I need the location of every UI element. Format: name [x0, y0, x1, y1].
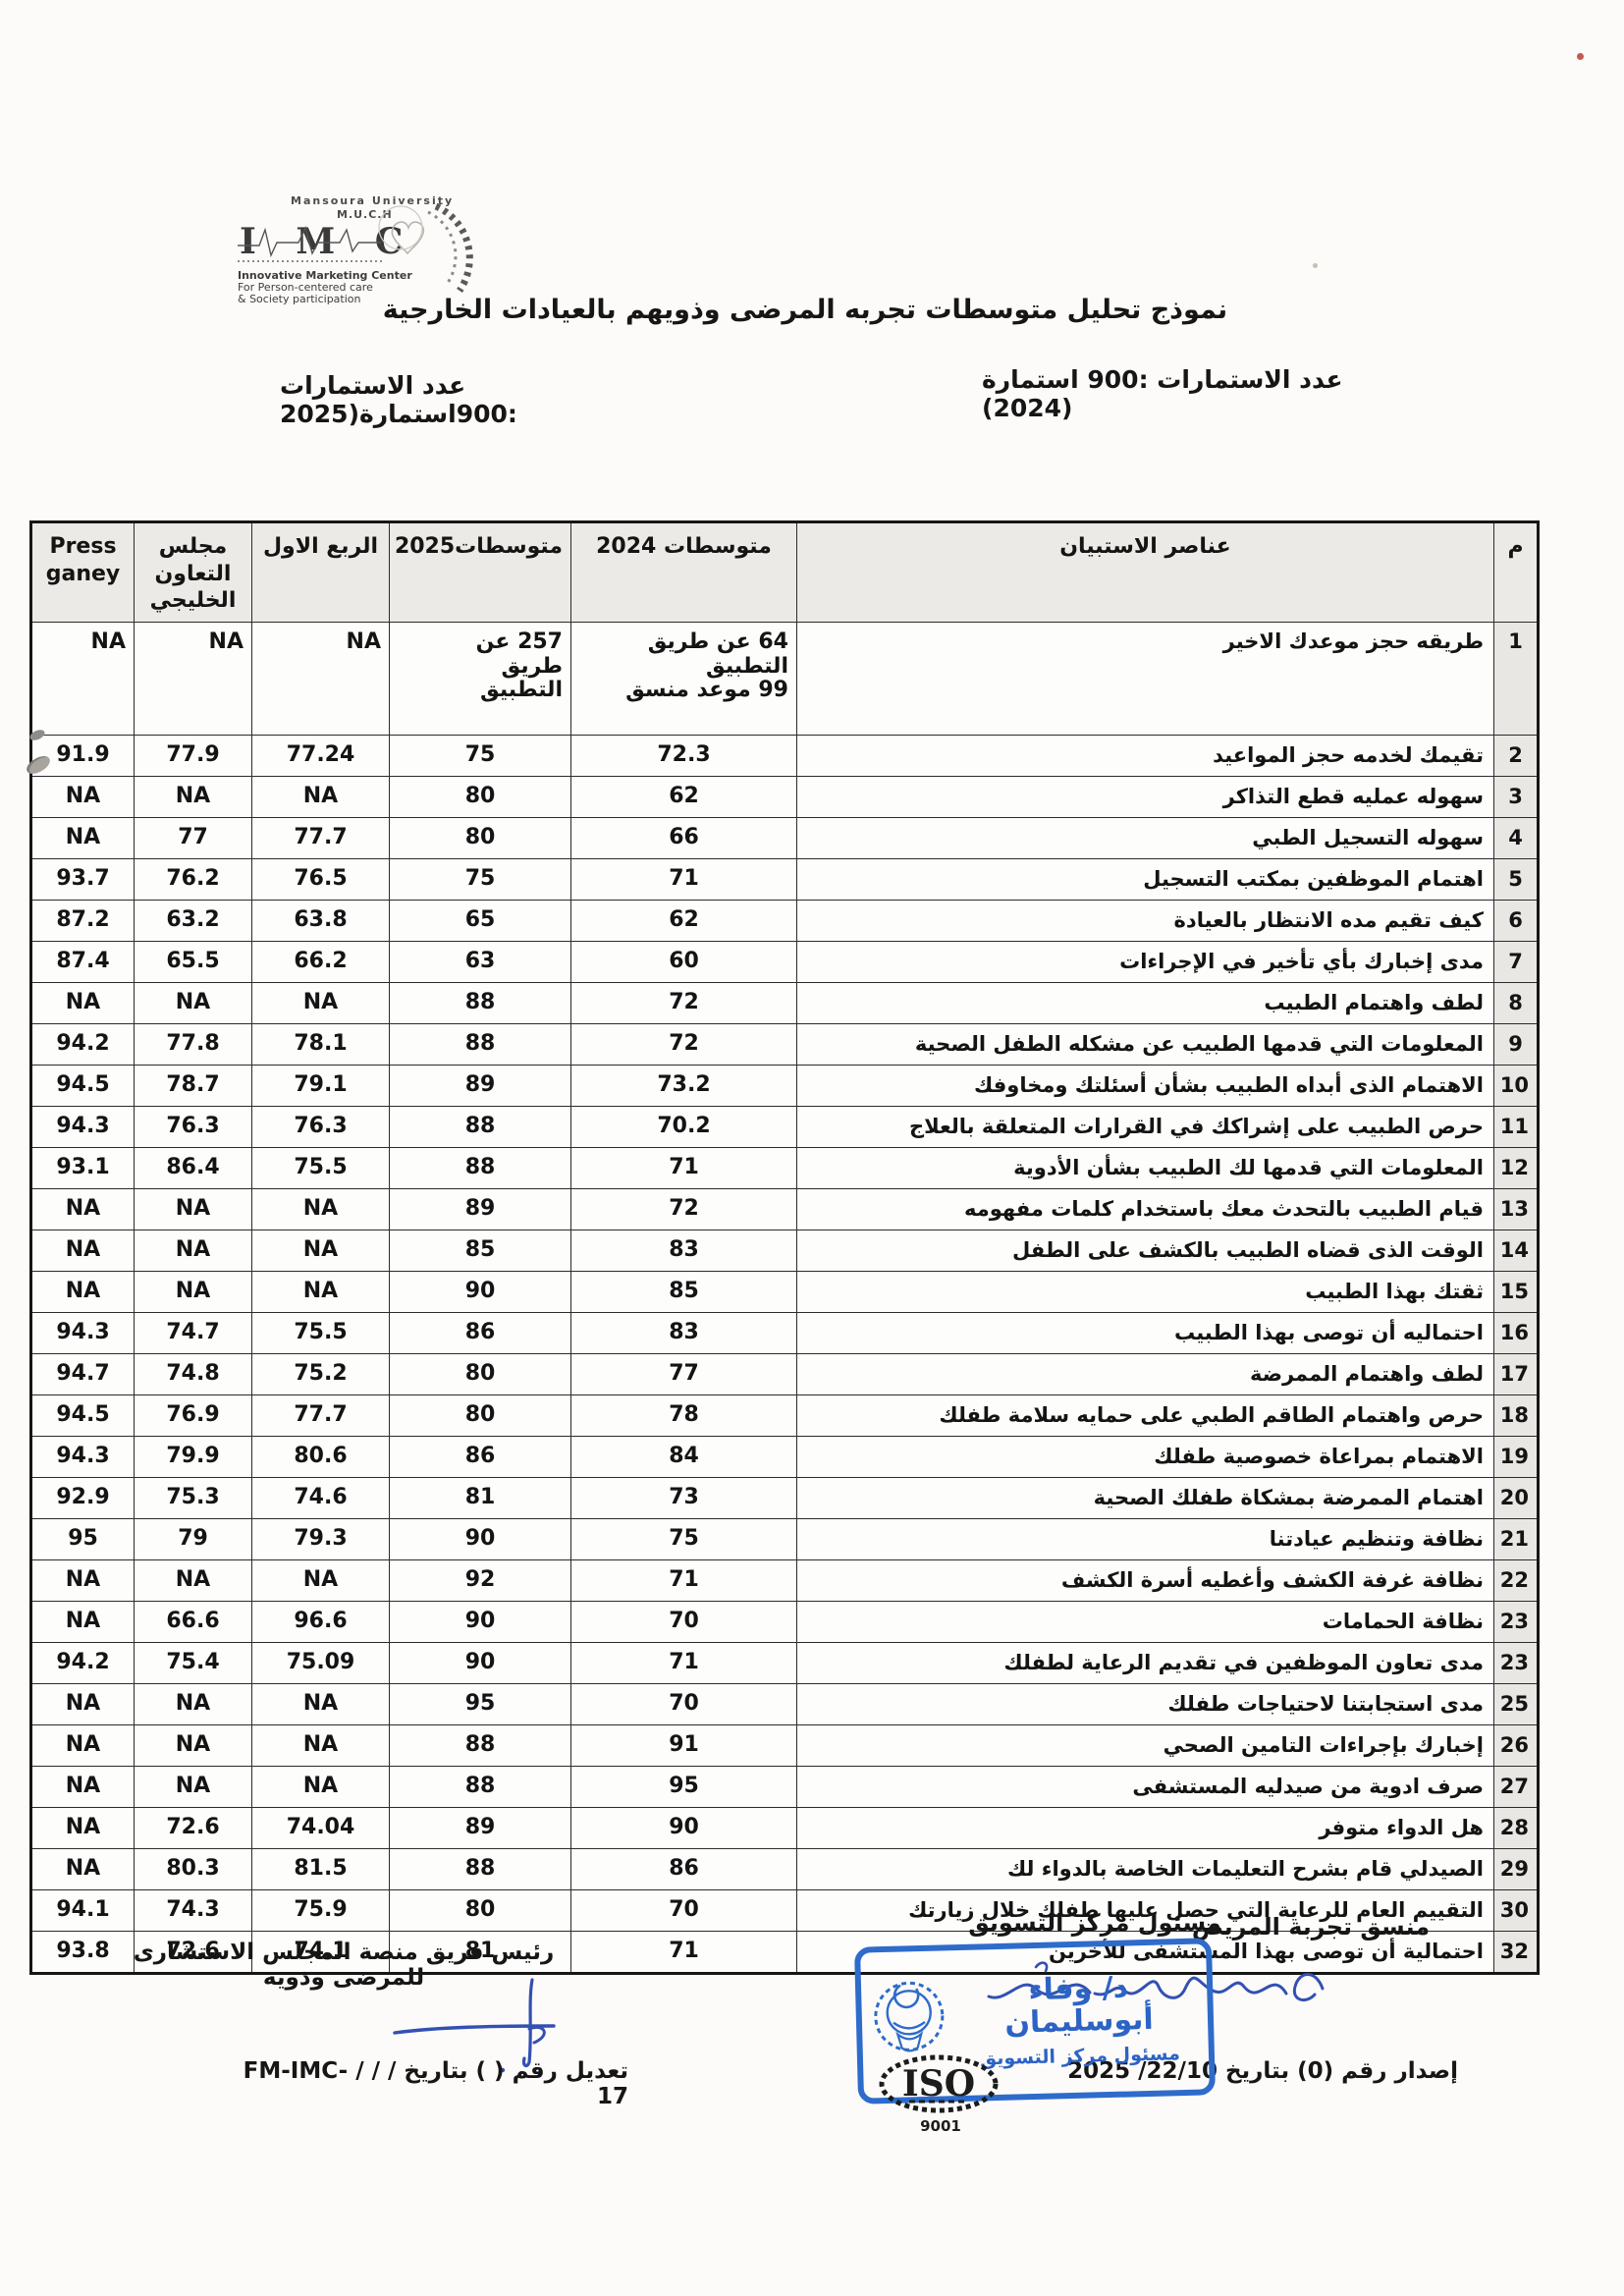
survey-table-body: 1طريقه حجز موعدك الاخير64 عن طريق التطبي… [31, 623, 1539, 1974]
cell-press: 94.1 [31, 1890, 135, 1932]
survey-averages-table: م عناصر الاستبيان متوسطات 2024 متوسطات20… [29, 520, 1540, 1975]
page-title: نموذج تحليل متوسطات تجربه المرضى وذويهم … [353, 295, 1257, 325]
cell-press: NA [31, 777, 135, 818]
cell-num: 11 [1494, 1107, 1539, 1148]
table-row: 17لطف واهتمام الممرضة778075.274.894.7 [31, 1354, 1539, 1395]
cell-num: 7 [1494, 942, 1539, 983]
cell-avg2024: 71 [571, 1148, 797, 1189]
cell-num: 2 [1494, 736, 1539, 777]
cell-num: 10 [1494, 1066, 1539, 1107]
cell-item: اهتمام الممرضة بمشكاة طفلك الصحية [797, 1478, 1494, 1519]
cell-press: NA [31, 983, 135, 1024]
cell-press: 94.3 [31, 1437, 135, 1478]
cell-gcc: NA [135, 623, 252, 736]
cell-q1: 80.6 [252, 1437, 390, 1478]
cell-item: نظافة الحمامات [797, 1602, 1494, 1643]
cell-gcc: NA [135, 1767, 252, 1808]
laurel-arc-icon [436, 206, 469, 291]
cell-num: 18 [1494, 1395, 1539, 1437]
cell-q1: NA [252, 1684, 390, 1725]
cell-avg2024: 72 [571, 1024, 797, 1066]
cell-num: 25 [1494, 1684, 1539, 1725]
table-row: 14الوقت الذى قضاه الطبيب بالكشف على الطف… [31, 1230, 1539, 1272]
table-row: 18حرص واهتمام الطاقم الطبي على حمايه سلا… [31, 1395, 1539, 1437]
logo-university-text: Mansoura University [291, 194, 454, 207]
cell-press: 94.2 [31, 1024, 135, 1066]
cell-num: 23 [1494, 1643, 1539, 1684]
cell-gcc: 72.6 [135, 1808, 252, 1849]
cell-avg2025: 81 [390, 1478, 571, 1519]
cell-item: كيف تقيم مده الانتظار بالعيادة [797, 901, 1494, 942]
cell-press: NA [31, 1272, 135, 1313]
cell-avg2025: 88 [390, 1107, 571, 1148]
table-row: 13قيام الطبيب بالتحدث معك باستخدام كلمات… [31, 1189, 1539, 1230]
cell-avg2024: 70 [571, 1602, 797, 1643]
table-row: 8لطف واهتمام الطبيب7288NANANA [31, 983, 1539, 1024]
cell-press: NA [31, 1560, 135, 1602]
cell-gcc: 74.7 [135, 1313, 252, 1354]
cell-q1: 77.7 [252, 1395, 390, 1437]
cell-q1: 78.1 [252, 1024, 390, 1066]
scan-speck [1577, 53, 1584, 60]
cell-avg2024: 77 [571, 1354, 797, 1395]
forms-count-2024: عدد الاستمارات :900 استمارة (2024) [982, 365, 1429, 422]
cell-q1: 77.7 [252, 818, 390, 859]
cell-avg2024: 72 [571, 983, 797, 1024]
cell-avg2024: 70.2 [571, 1107, 797, 1148]
cell-press: 92.9 [31, 1478, 135, 1519]
cell-item: لطف واهتمام الممرضة [797, 1354, 1494, 1395]
cell-gcc: 79 [135, 1519, 252, 1560]
cell-gcc: NA [135, 1560, 252, 1602]
table-row: 5اهتمام الموظفين بمكتب التسجيل717576.576… [31, 859, 1539, 901]
table-row: 28هل الدواء متوفر908974.0472.6NA [31, 1808, 1539, 1849]
cell-avg2024: 71 [571, 1643, 797, 1684]
cell-q1: NA [252, 983, 390, 1024]
cell-num: 26 [1494, 1725, 1539, 1767]
cell-avg2024: 95 [571, 1767, 797, 1808]
cell-q1: NA [252, 1230, 390, 1272]
cell-gcc: 66.6 [135, 1602, 252, 1643]
cell-press: 93.7 [31, 859, 135, 901]
laurel-arc-inner-icon [428, 212, 456, 283]
stamp-name: د/ وفاء أبوسليمان [953, 1970, 1205, 2042]
cell-avg2025: 88 [390, 983, 571, 1024]
cell-avg2024: 83 [571, 1230, 797, 1272]
cell-num: 19 [1494, 1437, 1539, 1478]
table-row: 21نظافة وتنظيم عيادتنا759079.37995 [31, 1519, 1539, 1560]
cell-q1: NA [252, 1725, 390, 1767]
cell-avg2025: 90 [390, 1272, 571, 1313]
cell-q1: 75.9 [252, 1890, 390, 1932]
cell-avg2024: 72 [571, 1189, 797, 1230]
cell-item: الوقت الذى قضاه الطبيب بالكشف على الطفل [797, 1230, 1494, 1272]
cell-gcc: NA [135, 777, 252, 818]
cell-avg2025: 88 [390, 1849, 571, 1890]
cell-num: 9 [1494, 1024, 1539, 1066]
cell-item: نظافة وتنظيم عيادتنا [797, 1519, 1494, 1560]
cell-num: 20 [1494, 1478, 1539, 1519]
cell-gcc: 76.2 [135, 859, 252, 901]
cell-gcc: 78.7 [135, 1066, 252, 1107]
cell-gcc: NA [135, 1189, 252, 1230]
cell-avg2024: 73 [571, 1478, 797, 1519]
cell-avg2024: 90 [571, 1808, 797, 1849]
cell-press: 93.1 [31, 1148, 135, 1189]
cell-q1: 81.5 [252, 1849, 390, 1890]
cell-avg2024: 85 [571, 1272, 797, 1313]
cell-avg2024: 66 [571, 818, 797, 859]
cell-avg2024: 62 [571, 777, 797, 818]
cell-avg2025: 88 [390, 1725, 571, 1767]
cell-avg2025: 88 [390, 1024, 571, 1066]
cell-item: طريقه حجز موعدك الاخير [797, 623, 1494, 736]
cell-q1: 66.2 [252, 942, 390, 983]
cell-press: NA [31, 1808, 135, 1849]
cell-item: نظافة غرفة الكشف وأغطيه أسرة الكشف [797, 1560, 1494, 1602]
cell-num: 12 [1494, 1148, 1539, 1189]
marketing-manager-title: مسئول مركز التسويق [962, 1909, 1227, 1937]
cell-q1: 75.09 [252, 1643, 390, 1684]
cell-press: NA [31, 1767, 135, 1808]
table-row: 19الاهتمام بمراعاة خصوصية طفلك848680.679… [31, 1437, 1539, 1478]
cell-gcc: 77 [135, 818, 252, 859]
cell-gcc: 75.3 [135, 1478, 252, 1519]
cell-num: 3 [1494, 777, 1539, 818]
cell-avg2024: 71 [571, 1932, 797, 1974]
cell-avg2025: 86 [390, 1437, 571, 1478]
col-header-item: عناصر الاستبيان [797, 522, 1494, 623]
cell-avg2025: 95 [390, 1684, 571, 1725]
cell-num: 28 [1494, 1808, 1539, 1849]
cell-num: 4 [1494, 818, 1539, 859]
col-header-num: م [1494, 522, 1539, 623]
cell-item: مدى تعاون الموظفين في تقديم الرعاية لطفل… [797, 1643, 1494, 1684]
cell-q1: NA [252, 777, 390, 818]
cell-q1: 75.5 [252, 1148, 390, 1189]
cell-press: 94.5 [31, 1066, 135, 1107]
cell-press: 87.2 [31, 901, 135, 942]
cell-num: 17 [1494, 1354, 1539, 1395]
table-row: 25مدى استجابتنا لاحتياجات طفلك7095NANANA [31, 1684, 1539, 1725]
cell-avg2025: 85 [390, 1230, 571, 1272]
cell-gcc: NA [135, 1725, 252, 1767]
cell-q1: 75.2 [252, 1354, 390, 1395]
cell-num: 13 [1494, 1189, 1539, 1230]
cell-avg2025: 88 [390, 1148, 571, 1189]
cell-item: هل الدواء متوفر [797, 1808, 1494, 1849]
cell-press: 94.3 [31, 1107, 135, 1148]
scan-speck [1313, 263, 1318, 268]
cell-item: المعلومات التي قدمها لك الطبيب بشأن الأد… [797, 1148, 1494, 1189]
cell-item: سهوله التسجيل الطبي [797, 818, 1494, 859]
cell-press: 94.5 [31, 1395, 135, 1437]
cell-item: مدى إخبارك بأي تأخير في الإجراءات [797, 942, 1494, 983]
cell-item: المعلومات التي قدمها الطبيب عن مشكله الط… [797, 1024, 1494, 1066]
cell-item: صرف ادوية من صيدليه المستشفى [797, 1767, 1494, 1808]
table-row: 10الاهتمام الذى أبداه الطبيب بشأن أسئلتك… [31, 1066, 1539, 1107]
cell-avg2025: 75 [390, 736, 571, 777]
cell-q1: NA [252, 623, 390, 736]
cell-item: احتماليه أن توصى بهذا الطبيب [797, 1313, 1494, 1354]
cell-q1: NA [252, 1272, 390, 1313]
cell-avg2025: 90 [390, 1643, 571, 1684]
cell-avg2024: 73.2 [571, 1066, 797, 1107]
cell-item: تقيمك لخدمه حجز المواعيد [797, 736, 1494, 777]
cell-q1: NA [252, 1767, 390, 1808]
cell-q1: 74.04 [252, 1808, 390, 1849]
table-row: 29الصيدلي قام بشرح التعليمات الخاصة بالد… [31, 1849, 1539, 1890]
cell-avg2025: 89 [390, 1066, 571, 1107]
col-header-avg2024: متوسطات 2024 [571, 522, 797, 623]
cell-item: حرص الطبيب على إشراكك في القرارات المتعل… [797, 1107, 1494, 1148]
cell-gcc: 76.9 [135, 1395, 252, 1437]
cell-avg2025: 80 [390, 777, 571, 818]
cell-press: NA [31, 1725, 135, 1767]
cell-num: 23 [1494, 1602, 1539, 1643]
table-row: 7مدى إخبارك بأي تأخير في الإجراءات606366… [31, 942, 1539, 983]
cell-avg2025: 80 [390, 1890, 571, 1932]
cell-q1: 76.5 [252, 859, 390, 901]
scanned-document-page: Mansoura University M.U.C.H I M C Innova… [0, 0, 1624, 2296]
cell-num: 22 [1494, 1560, 1539, 1602]
logo-imc-letters: I M C [240, 221, 416, 262]
cell-gcc: 79.9 [135, 1437, 252, 1478]
cell-press: 94.7 [31, 1354, 135, 1395]
cell-avg2025: 75 [390, 859, 571, 901]
table-row: 4سهوله التسجيل الطبي668077.777NA [31, 818, 1539, 859]
cell-press: NA [31, 623, 135, 736]
cell-press: 94.3 [31, 1313, 135, 1354]
cell-avg2025: 89 [390, 1808, 571, 1849]
cell-press: 94.2 [31, 1643, 135, 1684]
table-row: 27صرف ادوية من صيدليه المستشفى9588NANANA [31, 1767, 1539, 1808]
cell-gcc: 76.3 [135, 1107, 252, 1148]
forms-count-2025: عدد الاستمارات :900استمارة(2025 [280, 371, 702, 428]
col-header-press-ganey: Press ganey [31, 522, 135, 623]
cell-item: ثقتك بهذا الطبيب [797, 1272, 1494, 1313]
cell-q1: 96.6 [252, 1602, 390, 1643]
cell-avg2025: 89 [390, 1189, 571, 1230]
table-row: 23مدى تعاون الموظفين في تقديم الرعاية لط… [31, 1643, 1539, 1684]
cell-avg2025: 65 [390, 901, 571, 942]
cell-gcc: NA [135, 983, 252, 1024]
cell-avg2024: 71 [571, 859, 797, 901]
cell-avg2024: 78 [571, 1395, 797, 1437]
cell-press: NA [31, 1684, 135, 1725]
cell-press: NA [31, 818, 135, 859]
cell-press: NA [31, 1189, 135, 1230]
table-row: 1طريقه حجز موعدك الاخير64 عن طريق التطبي… [31, 623, 1539, 736]
logo-line3: & Society participation [238, 293, 361, 305]
table-row: 3سهوله عمليه قطع التذاكر6280NANANA [31, 777, 1539, 818]
cell-num: 15 [1494, 1272, 1539, 1313]
cell-press: 95 [31, 1519, 135, 1560]
cell-avg2024: 60 [571, 942, 797, 983]
iso-9001-mark: ISO 9001 [862, 2045, 1019, 2143]
col-header-avg2025: متوسطات2025 [390, 522, 571, 623]
cell-q1: 77.24 [252, 736, 390, 777]
cell-avg2024: 72.3 [571, 736, 797, 777]
col-header-gcc: مجلس التعاون الخليجي [135, 522, 252, 623]
cell-q1: 79.3 [252, 1519, 390, 1560]
cell-num: 14 [1494, 1230, 1539, 1272]
cell-avg2024: 70 [571, 1890, 797, 1932]
cell-avg2025: 92 [390, 1560, 571, 1602]
cell-avg2025: 80 [390, 1354, 571, 1395]
table-row: 23نظافة الحمامات709096.666.6NA [31, 1602, 1539, 1643]
cell-gcc: 80.3 [135, 1849, 252, 1890]
cell-avg2024: 84 [571, 1437, 797, 1478]
table-row: 22نظافة غرفة الكشف وأغطيه أسرة الكشف7192… [31, 1560, 1539, 1602]
cell-press: NA [31, 1230, 135, 1272]
cell-avg2024: 62 [571, 901, 797, 942]
cell-gcc: 77.8 [135, 1024, 252, 1066]
cell-avg2025: 88 [390, 1767, 571, 1808]
cell-q1: 63.8 [252, 901, 390, 942]
cell-gcc: 74.3 [135, 1890, 252, 1932]
table-row: 11حرص الطبيب على إشراكك في القرارات المت… [31, 1107, 1539, 1148]
cell-item: إخبارك بإجراءات التامين الصحي [797, 1725, 1494, 1767]
amendment-line: تعديل رقم ( ) بتاريخ / / / FM-IMC-17 [216, 2058, 628, 2109]
cell-avg2024: 71 [571, 1560, 797, 1602]
cell-gcc: 74.8 [135, 1354, 252, 1395]
table-header-row: م عناصر الاستبيان متوسطات 2024 متوسطات20… [31, 522, 1539, 623]
cell-item: مدى استجابتنا لاحتياجات طفلك [797, 1684, 1494, 1725]
cell-num: 21 [1494, 1519, 1539, 1560]
cell-avg2024: 91 [571, 1725, 797, 1767]
cell-avg2025: 80 [390, 1395, 571, 1437]
cell-gcc: NA [135, 1230, 252, 1272]
cell-gcc: 77.9 [135, 736, 252, 777]
cell-avg2025: 80 [390, 818, 571, 859]
cell-avg2024: 86 [571, 1849, 797, 1890]
cell-avg2024: 70 [571, 1684, 797, 1725]
table-row: 2تقيمك لخدمه حجز المواعيد72.37577.2477.9… [31, 736, 1539, 777]
imc-logo: Mansoura University M.U.C.H I M C Innova… [234, 189, 538, 306]
cell-item: اهتمام الموظفين بمكتب التسجيل [797, 859, 1494, 901]
table-row: 16احتماليه أن توصى بهذا الطبيب838675.574… [31, 1313, 1539, 1354]
cell-num: 27 [1494, 1767, 1539, 1808]
iso-number: 9001 [920, 2117, 961, 2135]
cell-avg2025: 90 [390, 1519, 571, 1560]
cell-avg2025: 63 [390, 942, 571, 983]
cell-avg2025: 257 عن طريق التطبيق [390, 623, 571, 736]
cell-item: قيام الطبيب بالتحدث معك باستخدام كلمات م… [797, 1189, 1494, 1230]
cell-gcc: NA [135, 1684, 252, 1725]
cell-q1: NA [252, 1560, 390, 1602]
imc-logo-graphic: Mansoura University M.U.C.H I M C Innova… [234, 189, 538, 306]
table-row: 9المعلومات التي قدمها الطبيب عن مشكله ال… [31, 1024, 1539, 1066]
table-row: 26إخبارك بإجراءات التامين الصحي9188NANAN… [31, 1725, 1539, 1767]
cell-num: 5 [1494, 859, 1539, 901]
cell-gcc: 86.4 [135, 1148, 252, 1189]
cell-num: 1 [1494, 623, 1539, 736]
cell-q1: 75.5 [252, 1313, 390, 1354]
cell-gcc: NA [135, 1272, 252, 1313]
table-row: 6كيف تقيم مده الانتظار بالعيادة626563.86… [31, 901, 1539, 942]
col-header-q1: الربع الاول [252, 522, 390, 623]
cell-press: 87.4 [31, 942, 135, 983]
cell-gcc: 65.5 [135, 942, 252, 983]
cell-press: NA [31, 1602, 135, 1643]
cell-item: الصيدلي قام بشرح التعليمات الخاصة بالدوا… [797, 1849, 1494, 1890]
cell-avg2024: 64 عن طريق التطبيق 99 موعد منسق [571, 623, 797, 736]
cell-item: الاهتمام بمراعاة خصوصية طفلك [797, 1437, 1494, 1478]
cell-q1: 74.6 [252, 1478, 390, 1519]
cell-avg2025: 90 [390, 1602, 571, 1643]
cell-q1: NA [252, 1189, 390, 1230]
cell-num: 6 [1494, 901, 1539, 942]
cell-num: 29 [1494, 1849, 1539, 1890]
cell-num: 30 [1494, 1890, 1539, 1932]
cell-item: الاهتمام الذى أبداه الطبيب بشأن أسئلتك و… [797, 1066, 1494, 1107]
cell-num: 32 [1494, 1932, 1539, 1974]
table-row: 15ثقتك بهذا الطبيب8590NANANA [31, 1272, 1539, 1313]
cell-item: سهوله عمليه قطع التذاكر [797, 777, 1494, 818]
cell-avg2025: 86 [390, 1313, 571, 1354]
table-row: 20اهتمام الممرضة بمشكاة طفلك الصحية73817… [31, 1478, 1539, 1519]
iso-text: ISO [902, 2063, 975, 2105]
cell-gcc: 63.2 [135, 901, 252, 942]
table-row: 12المعلومات التي قدمها لك الطبيب بشأن ال… [31, 1148, 1539, 1189]
cell-press: 93.8 [31, 1932, 135, 1974]
cell-avg2024: 83 [571, 1313, 797, 1354]
cell-q1: 76.3 [252, 1107, 390, 1148]
cell-item: حرص واهتمام الطاقم الطبي على حمايه سلامة… [797, 1395, 1494, 1437]
cell-item: لطف واهتمام الطبيب [797, 983, 1494, 1024]
cell-num: 8 [1494, 983, 1539, 1024]
cell-gcc: 75.4 [135, 1643, 252, 1684]
cell-num: 16 [1494, 1313, 1539, 1354]
cell-avg2024: 75 [571, 1519, 797, 1560]
cell-press: NA [31, 1849, 135, 1890]
cell-q1: 79.1 [252, 1066, 390, 1107]
